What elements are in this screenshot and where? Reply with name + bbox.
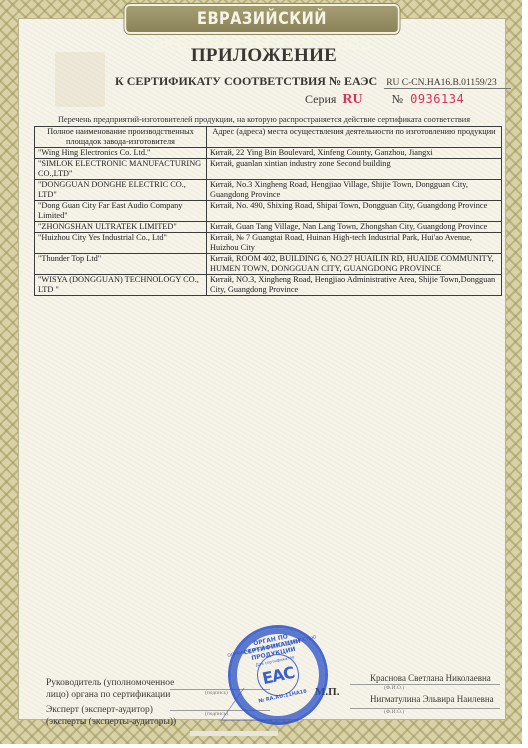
expert-label-line1: Эксперт (эксперт-аудитор)	[46, 704, 176, 716]
head-label-line1: Руководитель (уполномоченное	[46, 677, 174, 689]
expert-name: Нигматулина Эльвира Наилевна	[370, 694, 494, 704]
head-fio-line	[350, 684, 500, 685]
printer-imprint	[190, 731, 278, 736]
head-name: Краснова Светлана Николаевна	[370, 673, 491, 683]
head-signature-caption: (подпись)	[205, 690, 228, 696]
expert-fio-caption: (Ф.И.О.)	[384, 709, 404, 715]
expert-label: Эксперт (эксперт-аудитор) (эксперты (экс…	[46, 704, 176, 728]
head-label-line2: лицо) органа по сертификации	[46, 689, 174, 701]
expert-fio-line	[350, 708, 500, 709]
head-label: Руководитель (уполномоченное лицо) орган…	[46, 677, 174, 701]
expert-label-line2: (эксперты (эксперты-аудиторы))	[46, 716, 176, 728]
head-fio-caption: (Ф.И.О.)	[384, 685, 404, 691]
